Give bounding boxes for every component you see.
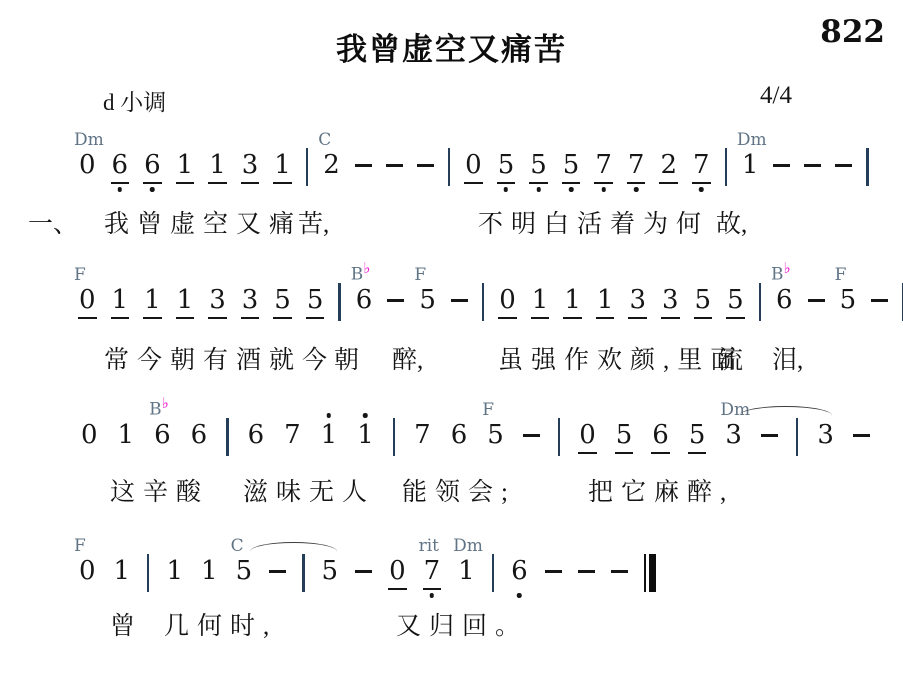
dash-mark bbox=[417, 164, 434, 167]
note: 1 bbox=[113, 556, 132, 590]
note-digit: 1 bbox=[563, 285, 582, 319]
rest-note: 0 bbox=[80, 420, 99, 454]
lyric-segment: 把它麻醉, bbox=[588, 478, 734, 508]
duration-dash bbox=[523, 420, 540, 454]
note-digit: 1 bbox=[596, 285, 615, 319]
dash-mark bbox=[523, 434, 540, 437]
note: 6 bbox=[143, 150, 162, 184]
octave-dot-below bbox=[699, 187, 704, 192]
note: 6B♭ bbox=[355, 285, 374, 319]
chord-label: F bbox=[74, 267, 86, 284]
measure-row: 0F1115C507rit1Dm6 bbox=[78, 556, 656, 592]
note-digit: 2 bbox=[322, 150, 341, 184]
barline bbox=[393, 418, 395, 456]
note-digit: 1 bbox=[117, 420, 136, 454]
music-system: 0F1115C507rit1Dm6 bbox=[78, 556, 656, 592]
octave-dot-above bbox=[363, 413, 368, 418]
note: 6B♭ bbox=[775, 285, 794, 319]
note: 2C bbox=[322, 150, 341, 184]
note: 3 bbox=[661, 285, 680, 319]
sheet-music-page: 822 我曾虚空又痛苦 d 小调 4/4 0Dm6611312C05557727… bbox=[0, 0, 903, 677]
note-digit: 3 bbox=[816, 420, 835, 454]
dash-mark bbox=[451, 299, 468, 302]
chord-label: Dm bbox=[453, 538, 483, 555]
duration-dash bbox=[871, 285, 888, 319]
song-title: 我曾虚空又痛苦 bbox=[0, 24, 903, 69]
note-digit: 1 bbox=[165, 556, 184, 590]
barline bbox=[306, 148, 308, 186]
lyrics-line: 常今朝有酒就今朝醉,虽强作欢颜,里面流泪, bbox=[0, 346, 903, 380]
note: 1 bbox=[273, 150, 292, 184]
note-digit: 1 bbox=[320, 420, 339, 454]
note: 1 bbox=[165, 556, 184, 590]
note: 5 bbox=[306, 285, 325, 319]
barline bbox=[338, 283, 340, 321]
note-digit: 6 bbox=[143, 150, 162, 184]
note-digit: 3 bbox=[661, 285, 680, 319]
note: 7 bbox=[627, 150, 646, 184]
octave-dot-below bbox=[634, 187, 639, 192]
dash-mark bbox=[804, 164, 821, 167]
note-digit: 6 bbox=[153, 420, 172, 454]
note: 1 bbox=[320, 420, 339, 454]
note-digit: 0 bbox=[388, 556, 407, 590]
chord-label: F bbox=[414, 267, 426, 284]
note: 7 bbox=[594, 150, 613, 184]
note-digit: 5 bbox=[529, 150, 548, 184]
note: 6 bbox=[190, 420, 209, 454]
dash-mark bbox=[545, 570, 562, 573]
barline bbox=[448, 148, 450, 186]
note-digit: 7 bbox=[627, 150, 646, 184]
dash-mark bbox=[611, 570, 628, 573]
note: 5 bbox=[321, 556, 340, 590]
note: 6 bbox=[111, 150, 130, 184]
tie-arc bbox=[739, 406, 832, 418]
note: 6 bbox=[247, 420, 266, 454]
octave-dot-below bbox=[430, 593, 435, 598]
note: 1 bbox=[143, 285, 162, 319]
barline bbox=[302, 554, 304, 592]
note-digit: 1 bbox=[457, 556, 476, 590]
lyric-segment: 流 bbox=[718, 346, 743, 376]
note-digit: 1 bbox=[273, 150, 292, 184]
rest-note: 0 bbox=[578, 420, 597, 454]
barline bbox=[725, 148, 727, 186]
note: 5 bbox=[726, 285, 745, 319]
chord-label: F bbox=[835, 267, 847, 284]
duration-dash bbox=[355, 556, 372, 590]
note-digit: 7 bbox=[283, 420, 302, 454]
lyric-segment: 醉, bbox=[392, 346, 423, 376]
duration-dash bbox=[451, 285, 468, 319]
note: 3 bbox=[816, 420, 835, 454]
note-digit: 1 bbox=[111, 285, 130, 319]
octave-dot-below bbox=[601, 187, 606, 192]
note: 6B♭ bbox=[153, 420, 172, 454]
dash-mark bbox=[835, 164, 852, 167]
note-digit: 3 bbox=[241, 150, 260, 184]
rest-note: 0 bbox=[498, 285, 517, 319]
music-system: 016B♭66711765F05653Dm3 bbox=[80, 420, 870, 456]
chord-label: C bbox=[318, 132, 331, 149]
chord-label: C bbox=[231, 538, 244, 555]
lyric-segment: 虽强作欢颜,里面 bbox=[498, 346, 743, 376]
barline bbox=[866, 148, 868, 186]
measure-row: 0F11133556B♭5F011133556B♭5F bbox=[78, 285, 903, 321]
measure-row: 016B♭66711765F05653Dm3 bbox=[80, 420, 870, 456]
lyric-segment: 泪, bbox=[772, 346, 803, 376]
note: 7 bbox=[283, 420, 302, 454]
note-digit: 1 bbox=[531, 285, 550, 319]
note-digit: 6 bbox=[450, 420, 469, 454]
duration-dash bbox=[773, 150, 790, 184]
flat-symbol: ♭ bbox=[784, 259, 791, 277]
music-system: 0Dm6611312C055577271Dm bbox=[78, 150, 869, 186]
note-digit: 5 bbox=[321, 556, 340, 590]
music-system: 0F11133556B♭5F011133556B♭5F bbox=[78, 285, 903, 321]
time-signature: 4/4 bbox=[760, 82, 792, 110]
dash-mark bbox=[387, 299, 404, 302]
note-digit: 5 bbox=[486, 420, 505, 454]
dash-mark bbox=[773, 164, 790, 167]
barline bbox=[147, 554, 149, 592]
note: 5 bbox=[497, 150, 516, 184]
note: 1 bbox=[596, 285, 615, 319]
lyric-segment: 这辛酸 bbox=[110, 478, 209, 508]
chord-label: B♭ bbox=[149, 398, 169, 419]
duration-dash bbox=[761, 420, 778, 454]
note: 3 bbox=[628, 285, 647, 319]
note-digit: 1 bbox=[113, 556, 132, 590]
note-digit: 1 bbox=[356, 420, 375, 454]
lyric-segment: 常今朝有酒就今 bbox=[104, 346, 335, 376]
note-digit: 3 bbox=[208, 285, 227, 319]
rest-note: 0F bbox=[78, 285, 97, 319]
note: 5C bbox=[235, 556, 254, 590]
note-digit: 6 bbox=[651, 420, 670, 454]
dash-mark bbox=[808, 299, 825, 302]
note-digit: 1 bbox=[208, 150, 227, 184]
chord-label: Dm bbox=[737, 132, 767, 149]
note: 5 bbox=[688, 420, 707, 454]
dash-mark bbox=[871, 299, 888, 302]
note-digit: 0 bbox=[80, 420, 99, 454]
final-bar-thin bbox=[644, 554, 646, 592]
note-digit: 0 bbox=[498, 285, 517, 319]
duration-dash bbox=[387, 285, 404, 319]
note-digit: 3 bbox=[241, 285, 260, 319]
dash-mark bbox=[355, 164, 372, 167]
note: 1 bbox=[200, 556, 219, 590]
duration-dash bbox=[578, 556, 595, 590]
note: 1 bbox=[356, 420, 375, 454]
note-digit: 0 bbox=[578, 420, 597, 454]
note: 7 bbox=[692, 150, 711, 184]
lyric-segment: 几何时, bbox=[164, 612, 277, 642]
lyric-segment: 又归回。 bbox=[396, 612, 528, 642]
barline bbox=[482, 283, 484, 321]
note-digit: 3 bbox=[628, 285, 647, 319]
flat-symbol: ♭ bbox=[363, 259, 370, 277]
note-digit: 1 bbox=[176, 150, 195, 184]
note-digit: 0 bbox=[78, 556, 97, 590]
note: 1Dm bbox=[457, 556, 476, 590]
note: 5 bbox=[694, 285, 713, 319]
duration-dash bbox=[269, 556, 286, 590]
note-digit: 5 bbox=[562, 150, 581, 184]
barline bbox=[759, 283, 761, 321]
octave-dot-below bbox=[517, 593, 522, 598]
note-digit: 5 bbox=[273, 285, 292, 319]
note: 2 bbox=[659, 150, 678, 184]
note-digit: 1 bbox=[200, 556, 219, 590]
rest-note: 0 bbox=[388, 556, 407, 590]
octave-dot-below bbox=[536, 187, 541, 192]
barline bbox=[796, 418, 798, 456]
note: 5 bbox=[615, 420, 634, 454]
note: 3 bbox=[241, 150, 260, 184]
rest-note: 0 bbox=[464, 150, 483, 184]
note: 5 bbox=[273, 285, 292, 319]
chord-label: Dm bbox=[74, 132, 104, 149]
note: 1 bbox=[563, 285, 582, 319]
note: 1 bbox=[111, 285, 130, 319]
note-digit: 5 bbox=[726, 285, 745, 319]
rest-note: 0Dm bbox=[78, 150, 97, 184]
note-digit: 1 bbox=[741, 150, 760, 184]
note-digit: 1 bbox=[176, 285, 195, 319]
lyric-segment: 朝 bbox=[334, 346, 359, 376]
lyric-segment: 我曾虚空又痛 bbox=[104, 210, 302, 240]
duration-dash bbox=[417, 150, 434, 184]
note-digit: 7 bbox=[423, 556, 442, 590]
lyric-segment: 一、 bbox=[28, 210, 78, 240]
dash-mark bbox=[761, 434, 778, 437]
note-digit: 6 bbox=[247, 420, 266, 454]
note: 1 bbox=[176, 285, 195, 319]
note: 1 bbox=[117, 420, 136, 454]
note-digit: 7 bbox=[413, 420, 432, 454]
lyric-segment: 苦, bbox=[298, 210, 329, 240]
note: 3 bbox=[241, 285, 260, 319]
rit-marking: rit bbox=[419, 538, 439, 555]
key-signature-label: d 小调 bbox=[103, 84, 166, 117]
lyric-segment: 不明白活着为何 bbox=[478, 210, 709, 240]
note: 1Dm bbox=[741, 150, 760, 184]
note: 7rit bbox=[423, 556, 442, 590]
dash-mark bbox=[355, 570, 372, 573]
chord-label: B♭ bbox=[351, 263, 371, 284]
dash-mark bbox=[578, 570, 595, 573]
lyrics-line: 一、我曾虚空又痛苦,不明白活着为何故, bbox=[0, 210, 903, 244]
final-barline bbox=[644, 554, 656, 592]
note: 3 bbox=[208, 285, 227, 319]
note-digit: 0 bbox=[78, 285, 97, 319]
note-digit: 5 bbox=[418, 285, 437, 319]
note-digit: 7 bbox=[594, 150, 613, 184]
note-digit: 2 bbox=[659, 150, 678, 184]
note: 5 bbox=[562, 150, 581, 184]
note: 6 bbox=[651, 420, 670, 454]
barline bbox=[492, 554, 494, 592]
flat-symbol: ♭ bbox=[162, 394, 169, 412]
note-digit: 6 bbox=[775, 285, 794, 319]
dash-mark bbox=[853, 434, 870, 437]
chord-label: F bbox=[482, 402, 494, 419]
duration-dash bbox=[355, 150, 372, 184]
octave-dot-below bbox=[118, 187, 123, 192]
duration-dash bbox=[804, 150, 821, 184]
note: 3Dm bbox=[724, 420, 743, 454]
duration-dash bbox=[808, 285, 825, 319]
lyric-segment: 能领会; bbox=[402, 478, 516, 508]
duration-dash bbox=[386, 150, 403, 184]
note: 5F bbox=[839, 285, 858, 319]
chord-label: B♭ bbox=[771, 263, 791, 284]
duration-dash bbox=[545, 556, 562, 590]
note-digit: 6 bbox=[190, 420, 209, 454]
lyric-segment: 曾 bbox=[110, 612, 135, 642]
dash-mark bbox=[269, 570, 286, 573]
octave-dot-below bbox=[569, 187, 574, 192]
octave-dot-above bbox=[327, 413, 332, 418]
dash-mark bbox=[386, 164, 403, 167]
octave-dot-below bbox=[504, 187, 509, 192]
duration-dash bbox=[835, 150, 852, 184]
lyric-segment: 滋味无人 bbox=[243, 478, 375, 508]
note-digit: 1 bbox=[143, 285, 162, 319]
note: 1 bbox=[208, 150, 227, 184]
note: 5F bbox=[486, 420, 505, 454]
note: 5 bbox=[529, 150, 548, 184]
tie-arc bbox=[250, 542, 337, 554]
measure-row: 0Dm6611312C055577271Dm bbox=[78, 150, 869, 186]
note: 6 bbox=[510, 556, 529, 590]
chord-label: F bbox=[74, 538, 86, 555]
octave-dot-below bbox=[150, 187, 155, 192]
note-digit: 5 bbox=[694, 285, 713, 319]
note-digit: 6 bbox=[510, 556, 529, 590]
lyrics-line: 曾几何时,又归回。 bbox=[0, 612, 903, 646]
lyrics-line: 这辛酸滋味无人能领会;把它麻醉, bbox=[0, 478, 903, 512]
note-digit: 5 bbox=[688, 420, 707, 454]
note-digit: 7 bbox=[692, 150, 711, 184]
barline bbox=[226, 418, 228, 456]
note-digit: 5 bbox=[497, 150, 516, 184]
note: 1 bbox=[531, 285, 550, 319]
note-digit: 6 bbox=[111, 150, 130, 184]
note-digit: 3 bbox=[724, 420, 743, 454]
note: 5F bbox=[418, 285, 437, 319]
rest-note: 0F bbox=[78, 556, 97, 590]
note: 6 bbox=[450, 420, 469, 454]
note: 1 bbox=[176, 150, 195, 184]
duration-dash bbox=[611, 556, 628, 590]
barline bbox=[558, 418, 560, 456]
duration-dash bbox=[853, 420, 870, 454]
note-digit: 5 bbox=[306, 285, 325, 319]
final-bar-thick bbox=[649, 554, 656, 592]
note-digit: 6 bbox=[355, 285, 374, 319]
note-digit: 0 bbox=[78, 150, 97, 184]
note-digit: 5 bbox=[839, 285, 858, 319]
note-digit: 5 bbox=[235, 556, 254, 590]
note-digit: 5 bbox=[615, 420, 634, 454]
note-digit: 0 bbox=[464, 150, 483, 184]
lyric-segment: 故, bbox=[716, 210, 747, 240]
note: 7 bbox=[413, 420, 432, 454]
